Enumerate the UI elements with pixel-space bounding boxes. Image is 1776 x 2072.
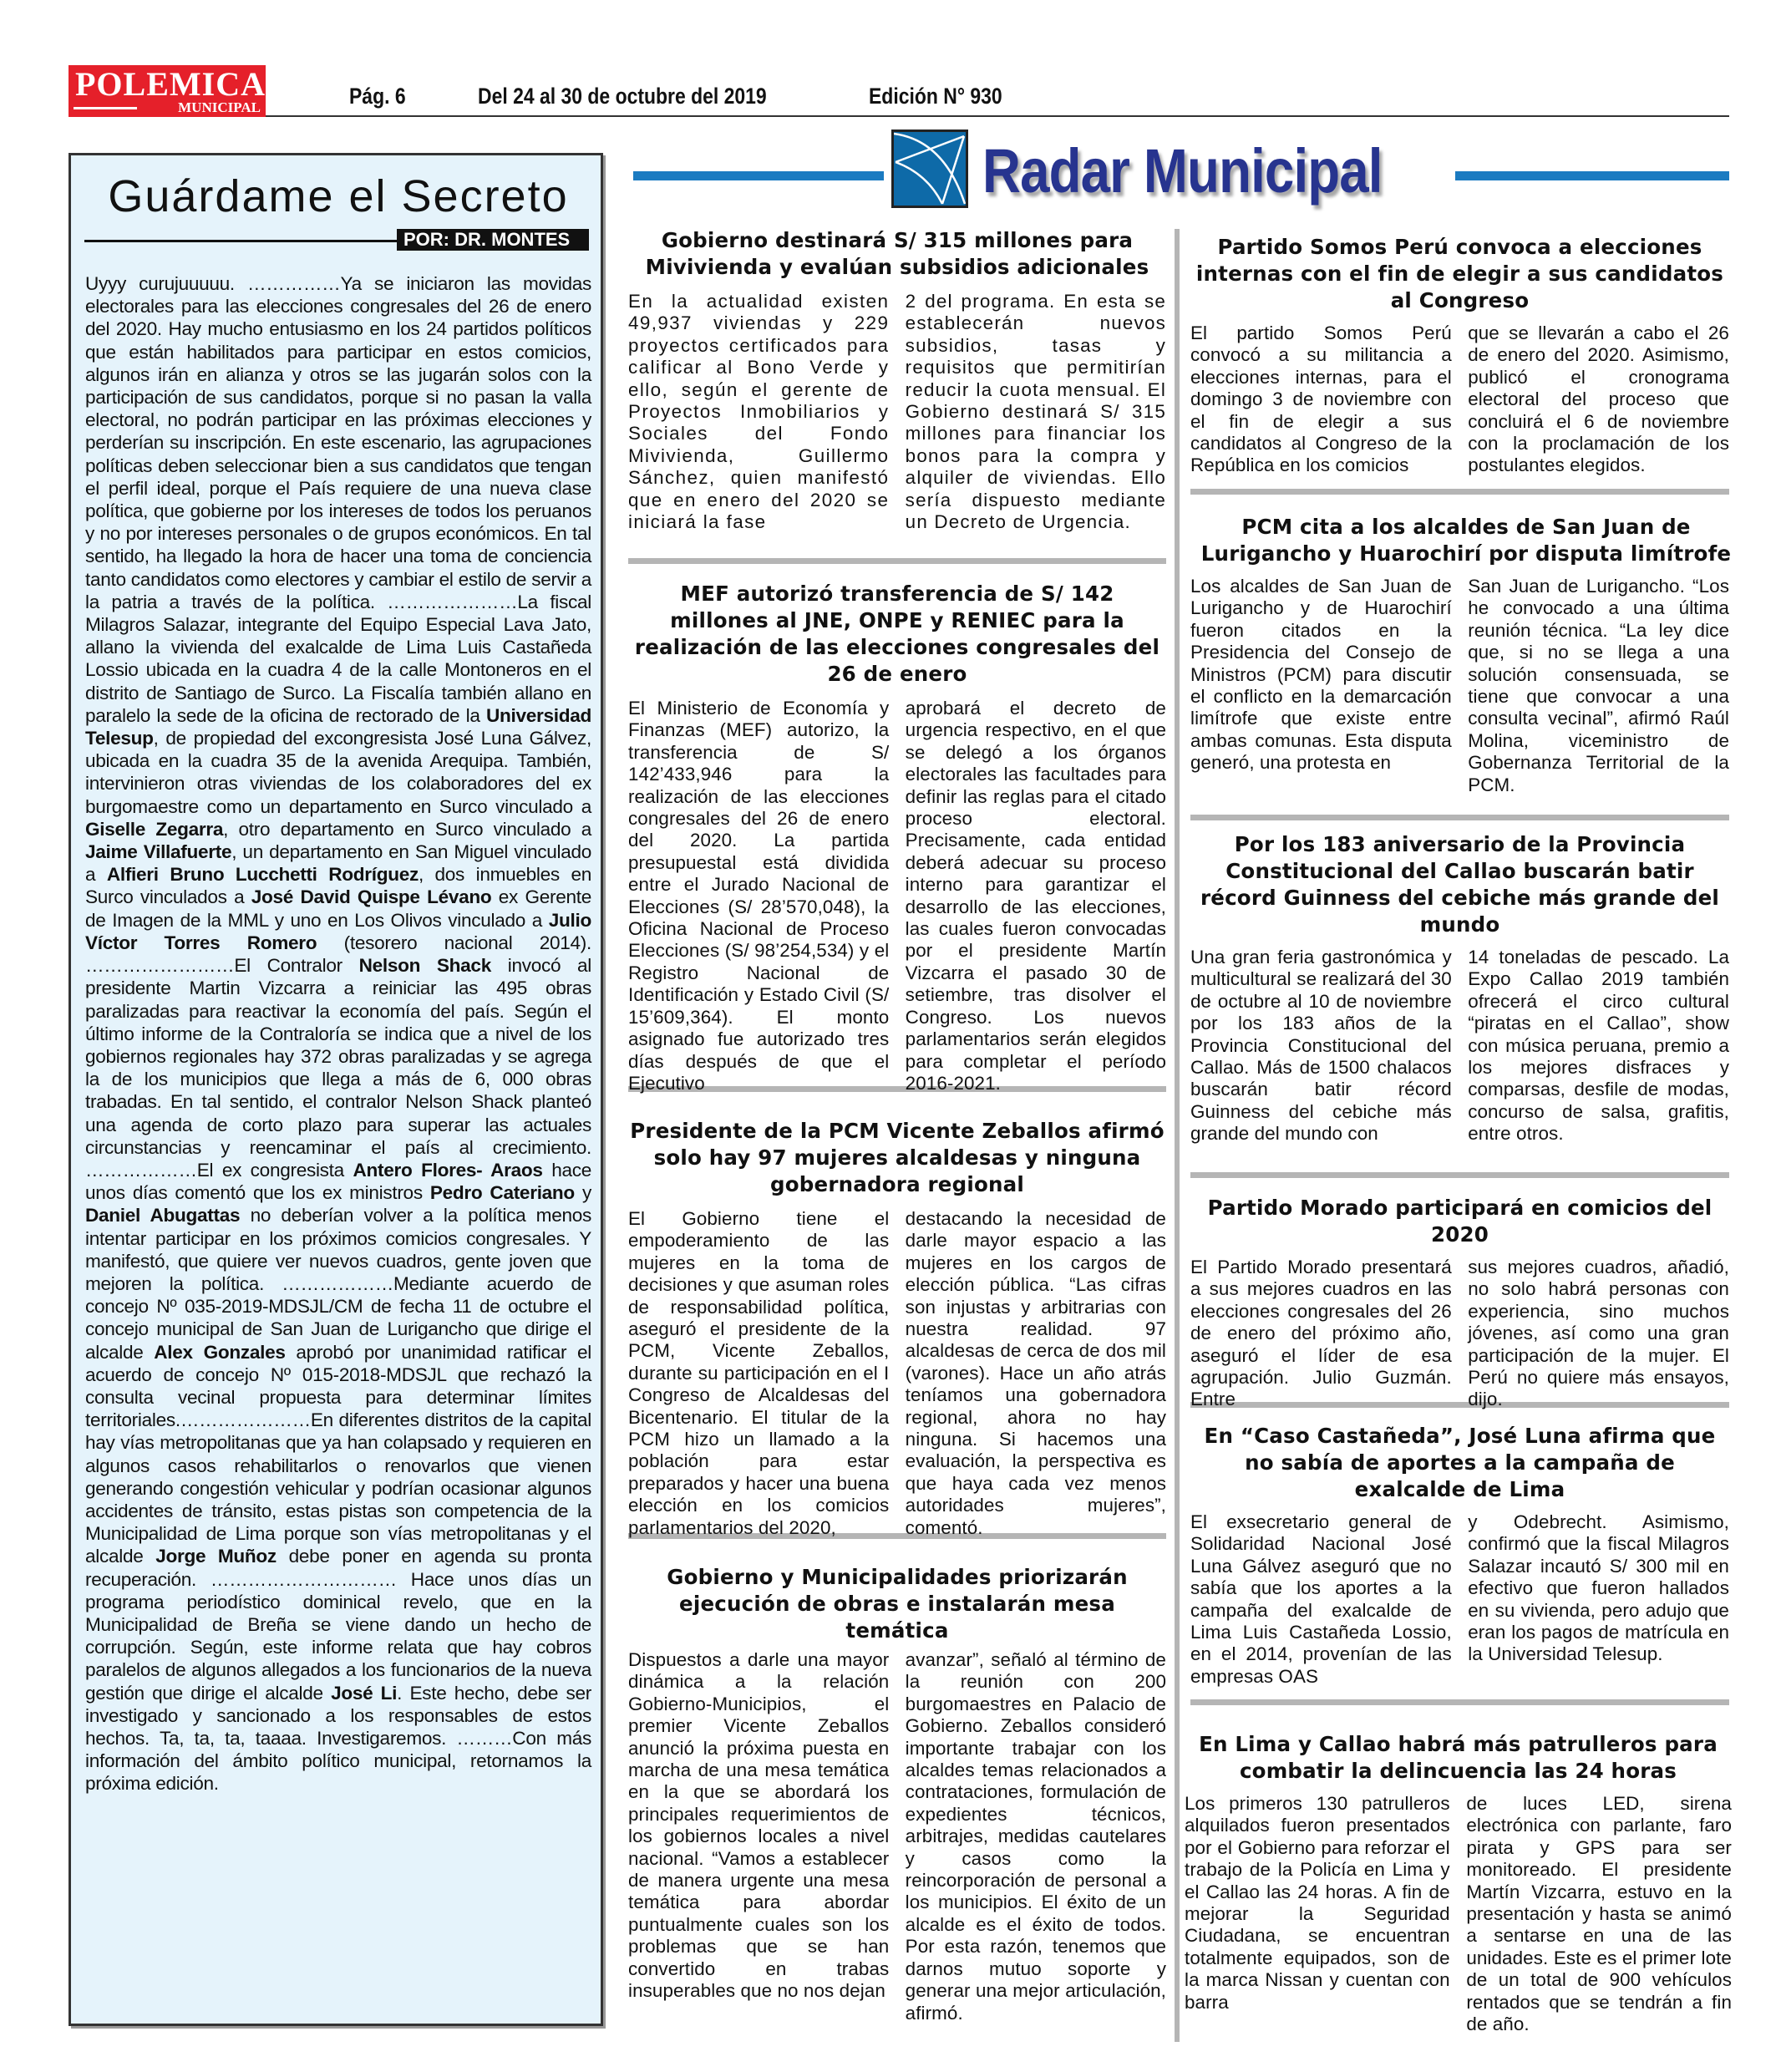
column-paragraph: Uyyy curujuuuuu. ……………Ya se iniciaron la…	[85, 272, 591, 1795]
edition-number: Edición N° 930	[869, 84, 1002, 109]
newspaper-logo: POLEMICA MUNICIPAL	[69, 65, 266, 117]
article-headline: MEF autorizó transferencia de S/ 142 mil…	[628, 581, 1166, 688]
article-headline: Gobierno y Municipalidades priorizarán e…	[628, 1564, 1166, 1644]
logo-title: POLEMICA	[75, 67, 266, 102]
article-callao-cebiche: Por los 183 aniversario de la Provincia …	[1190, 831, 1729, 1145]
highlighted-name: José Li	[331, 1683, 397, 1704]
highlighted-name: Giselle Zegarra	[85, 819, 223, 840]
article-text-col1: Los primeros 130 patrulleros alquilados …	[1185, 1793, 1450, 2035]
article-text-col2: y Odebrecht. Asimismo, confirmó que la f…	[1468, 1511, 1729, 1688]
article-text-col2: destacando la necesidad de darle mayor e…	[906, 1208, 1166, 1539]
article-separator	[1190, 815, 1729, 820]
article-text-col1: El Ministerio de Economía y Finanzas (ME…	[628, 698, 889, 1094]
column-body: Uyyy curujuuuuu. ……………Ya se iniciaron la…	[85, 272, 591, 1795]
highlighted-name: José David Quispe Lévano	[251, 886, 492, 907]
article-text-col1: El exsecretario general de Solidaridad N…	[1190, 1511, 1452, 1688]
article-separator	[1190, 489, 1729, 495]
section-bar-right	[1455, 171, 1729, 180]
column-byline: POR: DR. MONTES	[397, 229, 589, 251]
article-somos-peru: Partido Somos Perú convoca a elecciones …	[1190, 234, 1729, 477]
article-patrulleros: En Lima y Callao habrá más patrulleros p…	[1185, 1731, 1732, 2035]
column-text: invocó al presidente Martin Vizcarra a r…	[85, 955, 591, 1181]
article-caso-castaneda: En “Caso Castañeda”, José Luna afirma qu…	[1190, 1423, 1729, 1688]
article-separator	[1190, 1172, 1729, 1178]
column-text: , otro departamento en Surco vinculado a	[223, 819, 591, 840]
issue-dates: Del 24 al 30 de octubre del 2019	[478, 84, 767, 109]
article-separator	[628, 558, 1166, 564]
article-text-col2: avanzar”, señaló al término de la reunió…	[906, 1649, 1166, 2024]
article-headline: PCM cita a los alcaldes de San Juan de L…	[1190, 514, 1742, 567]
highlighted-name: Jorge Muñoz	[155, 1546, 277, 1567]
article-text-col2: aprobará el decreto de urgencia respecti…	[906, 698, 1166, 1094]
highlighted-name: Antero Flores- Araos	[353, 1160, 543, 1181]
highlighted-name: Nelson Shack	[359, 955, 491, 976]
article-headline: Por los 183 aniversario de la Provincia …	[1190, 831, 1729, 938]
article-text-col1: El Gobierno tiene el empoderamiento de l…	[628, 1208, 889, 1539]
article-text-col1: En la actualidad existen 49,937 vivienda…	[628, 291, 889, 533]
article-text-col1: Los alcaldes de San Juan de Lurigancho y…	[1190, 576, 1452, 796]
column-divider	[1175, 229, 1180, 2042]
article-mesa-tematica: Gobierno y Municipalidades priorizarán e…	[628, 1564, 1166, 2024]
page-number: Pág. 6	[349, 84, 406, 109]
highlighted-name: Pedro Cateriano	[430, 1182, 575, 1203]
article-mivivienda: Gobierno destinará S/ 315 millones para …	[628, 227, 1166, 533]
column-text: Uyyy curujuuuuu. ……………Ya se iniciaron la…	[85, 273, 591, 726]
article-headline: Partido Somos Perú convoca a elecciones …	[1190, 234, 1729, 314]
masthead-rule	[266, 115, 1729, 117]
section-bar-left	[633, 171, 884, 180]
column-text: aprobó por unanimidad ratificar el acuer…	[85, 1342, 591, 1567]
article-headline: En Lima y Callao habrá más patrulleros p…	[1185, 1731, 1732, 1785]
article-pcm-mujeres: Presidente de la PCM Vicente Zeballos af…	[628, 1118, 1166, 1539]
article-text-col2: que se llevarán a cabo el 26 de enero de…	[1468, 322, 1729, 477]
article-text-col2: San Juan de Lurigancho. “Los he convocad…	[1468, 576, 1729, 796]
logo-bar	[74, 107, 137, 109]
opinion-column: Guárdame el Secreto POR: DR. MONTES Uyyy…	[69, 153, 603, 2026]
column-title-rule	[84, 240, 419, 242]
article-text-col2: 14 toneladas de pescado. La Expo Callao …	[1468, 947, 1729, 1145]
column-text: , de propiedad del excongresista José Lu…	[85, 728, 591, 817]
article-partido-morado: Partido Morado participará en comicios d…	[1190, 1195, 1729, 1411]
article-headline: Partido Morado participará en comicios d…	[1190, 1195, 1729, 1248]
highlighted-name: Alfieri Bruno Lucchetti Rodríguez	[107, 864, 419, 885]
highlighted-name: Jaime Villafuerte	[85, 841, 231, 862]
article-separator	[1190, 1699, 1729, 1705]
article-text-col1: El partido Somos Perú convocó a su milit…	[1190, 322, 1452, 477]
highlighted-name: Alex Gonzales	[154, 1342, 285, 1363]
logo-subtitle: MUNICIPAL	[178, 100, 261, 115]
article-headline: Gobierno destinará S/ 315 millones para …	[628, 227, 1166, 281]
article-text-col2: de luces LED, sirena electrónica con par…	[1466, 1793, 1732, 2035]
article-text-col2: 2 del programa. En esta se establecerán …	[906, 291, 1166, 533]
article-text-col1: El Partido Morado presentará a sus mejor…	[1190, 1257, 1452, 1411]
column-text: no deberían volver a la política menos i…	[85, 1205, 591, 1362]
radar-logo-icon	[891, 129, 968, 208]
article-text-col1: Dispuestos a darle una mayor dinámica a …	[628, 1649, 889, 2024]
column-text: debe poner en agenda su pronta recuperac…	[85, 1546, 591, 1703]
article-mef: MEF autorizó transferencia de S/ 142 mil…	[628, 581, 1166, 1094]
column-title: Guárdame el Secreto	[88, 170, 589, 222]
article-headline: En “Caso Castañeda”, José Luna afirma qu…	[1190, 1423, 1729, 1503]
article-text-col1: Una gran feria gastronómica y multicultu…	[1190, 947, 1452, 1145]
section-title: Radar Municipal	[982, 135, 1383, 206]
article-headline: Presidente de la PCM Vicente Zeballos af…	[628, 1118, 1166, 1198]
column-text: y	[575, 1182, 591, 1203]
article-pcm-limitrofe: PCM cita a los alcaldes de San Juan de L…	[1190, 514, 1742, 796]
highlighted-name: Daniel Abugattas	[85, 1205, 240, 1226]
article-text-col2: sus mejores cuadros, añadió, no solo hab…	[1468, 1257, 1729, 1411]
